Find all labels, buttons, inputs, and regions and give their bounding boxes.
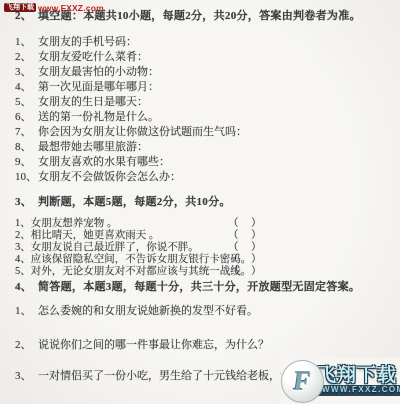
- fill-question-2: 2、女朋友爱吃什么菜肴：: [15, 51, 148, 63]
- question-text: 女朋友喜欢的水果有哪些：: [38, 156, 170, 168]
- question-number: 9、: [15, 156, 38, 168]
- question-number: 2、: [15, 339, 38, 351]
- judge-question-2: 2、相比晴天，她更喜欢雨天 。 （ ）: [15, 230, 159, 242]
- question-number: 4、: [15, 254, 31, 266]
- question-text: 女朋友的生日是哪天：: [38, 96, 148, 108]
- answer-bracket: （ ）: [228, 230, 263, 242]
- question-text: 最想带她去哪里旅游：: [38, 141, 148, 153]
- question-number: 3、: [15, 242, 31, 254]
- fill-question-3: 3、女朋友最害怕的小动物：: [15, 66, 159, 78]
- section-number: 4、: [15, 281, 38, 293]
- fxxz-f-icon: F: [292, 368, 312, 395]
- question-number: 2、: [15, 51, 38, 63]
- question-text: 女朋友爱吃什么菜肴：: [38, 51, 148, 63]
- watermark-url-text: www.FXXZ.com: [38, 3, 104, 13]
- judge-question-4: 4、应该保留隐私空间，不告诉女朋友银行卡密码。 （ ）: [15, 254, 251, 266]
- exam-document: 飞翔下载 www.FXXZ.com 2、填空题：本题共10小题，每题2分，共20…: [0, 0, 400, 404]
- fill-question-5: 5、女朋友的生日是哪天：: [15, 96, 148, 108]
- judge-question-5: 5、对外，无论女朋友对不对都应该与其统一战线。 （ ）: [15, 266, 251, 278]
- question-number: 1、: [15, 305, 38, 317]
- question-number: 6、: [15, 111, 38, 123]
- question-text: 女朋友说自己最近胖了，你说不胖。: [31, 242, 199, 253]
- section-title: 判断题，本题5题，每题2分，共10分。: [38, 196, 231, 208]
- fill-question-8: 8、最想带她去哪里旅游：: [15, 141, 148, 153]
- question-text: 第一次见面是哪年哪月：: [38, 81, 159, 93]
- fill-question-7: 7、你会因为女朋友让你做这份试题而生气吗：: [15, 126, 247, 138]
- logo-circle: F: [281, 360, 324, 403]
- bottom-watermark-logo: F 飞翔下载 WWW.FXXZ.COM: [281, 358, 400, 404]
- logo-brand-text: 飞翔下载: [317, 366, 397, 385]
- question-text: 女朋友的手机号码：: [38, 36, 137, 48]
- short-section-header: 4、简答题，本题3题，每题十分，共三十分，开放题型无固定答案。: [15, 281, 360, 293]
- question-text: 应该保留隐私空间，不告诉女朋友银行卡密码。: [31, 254, 252, 265]
- answer-bracket: （ ）: [228, 266, 263, 278]
- short-question-1: 1、怎么委婉的和女朋友说她新换的发型不好看。: [15, 305, 258, 317]
- question-text: 相比晴天，她更喜欢雨天 。: [31, 230, 160, 241]
- judge-section-header: 3、判断题，本题5题，每题2分，共10分。: [15, 196, 231, 208]
- judge-question-1: 1、女朋友想养宠物 。 （ ）: [15, 218, 117, 230]
- question-text: 女朋友想养宠物 。: [31, 218, 118, 229]
- question-text: 女朋友不会做饭你会怎么办：: [38, 171, 181, 183]
- section-number: 3、: [15, 196, 38, 208]
- question-text: 说说你们之间的哪一件事最让你难忘，为什么？: [38, 339, 269, 351]
- fill-question-4: 4、第一次见面是哪年哪月：: [15, 81, 159, 93]
- fill-question-6: 6、送的第一份礼物是什么。: [15, 111, 159, 123]
- question-number: 8、: [15, 141, 38, 153]
- answer-bracket: （ ）: [228, 254, 263, 266]
- question-number: 3、: [15, 370, 38, 382]
- answer-bracket: （ ）: [228, 218, 263, 230]
- question-number: 1、: [15, 218, 31, 230]
- question-number: 5、: [15, 96, 38, 108]
- short-question-2: 2、说说你们之间的哪一件事最让你难忘，为什么？: [15, 339, 269, 351]
- watermark-badge: 飞翔下载: [4, 3, 36, 12]
- question-number: 10、: [15, 171, 38, 183]
- fill-question-9: 9、女朋友喜欢的水果有哪些：: [15, 156, 170, 168]
- fill-question-1: 1、女朋友的手机号码：: [15, 36, 137, 48]
- question-number: 3、: [15, 66, 38, 78]
- logo-url-text: WWW.FXXZ.COM: [317, 385, 400, 396]
- question-text: 女朋友最害怕的小动物：: [38, 66, 159, 78]
- question-number: 5、: [15, 266, 31, 278]
- section-title: 简答题，本题3题，每题十分，共三十分，开放题型无固定答案。: [38, 281, 360, 293]
- question-text: 送的第一份礼物是什么。: [38, 111, 159, 123]
- question-number: 1、: [15, 36, 38, 48]
- question-number: 2、: [15, 230, 31, 242]
- question-text: 你会因为女朋友让你做这份试题而生气吗：: [38, 126, 247, 138]
- question-number: 4、: [15, 81, 38, 93]
- judge-question-3: 3、女朋友说自己最近胖了，你说不胖。 （ ）: [15, 242, 199, 254]
- top-watermark: 飞翔下载 www.FXXZ.com: [4, 2, 104, 13]
- answer-bracket: （ ）: [228, 242, 263, 254]
- question-number: 7、: [15, 126, 38, 138]
- question-text: 怎么委婉的和女朋友说她新换的发型不好看。: [38, 305, 258, 317]
- fill-question-10: 10、女朋友不会做饭你会怎么办：: [15, 171, 181, 183]
- question-text: 对外，无论女朋友对不对都应该与其统一战线。: [31, 266, 252, 277]
